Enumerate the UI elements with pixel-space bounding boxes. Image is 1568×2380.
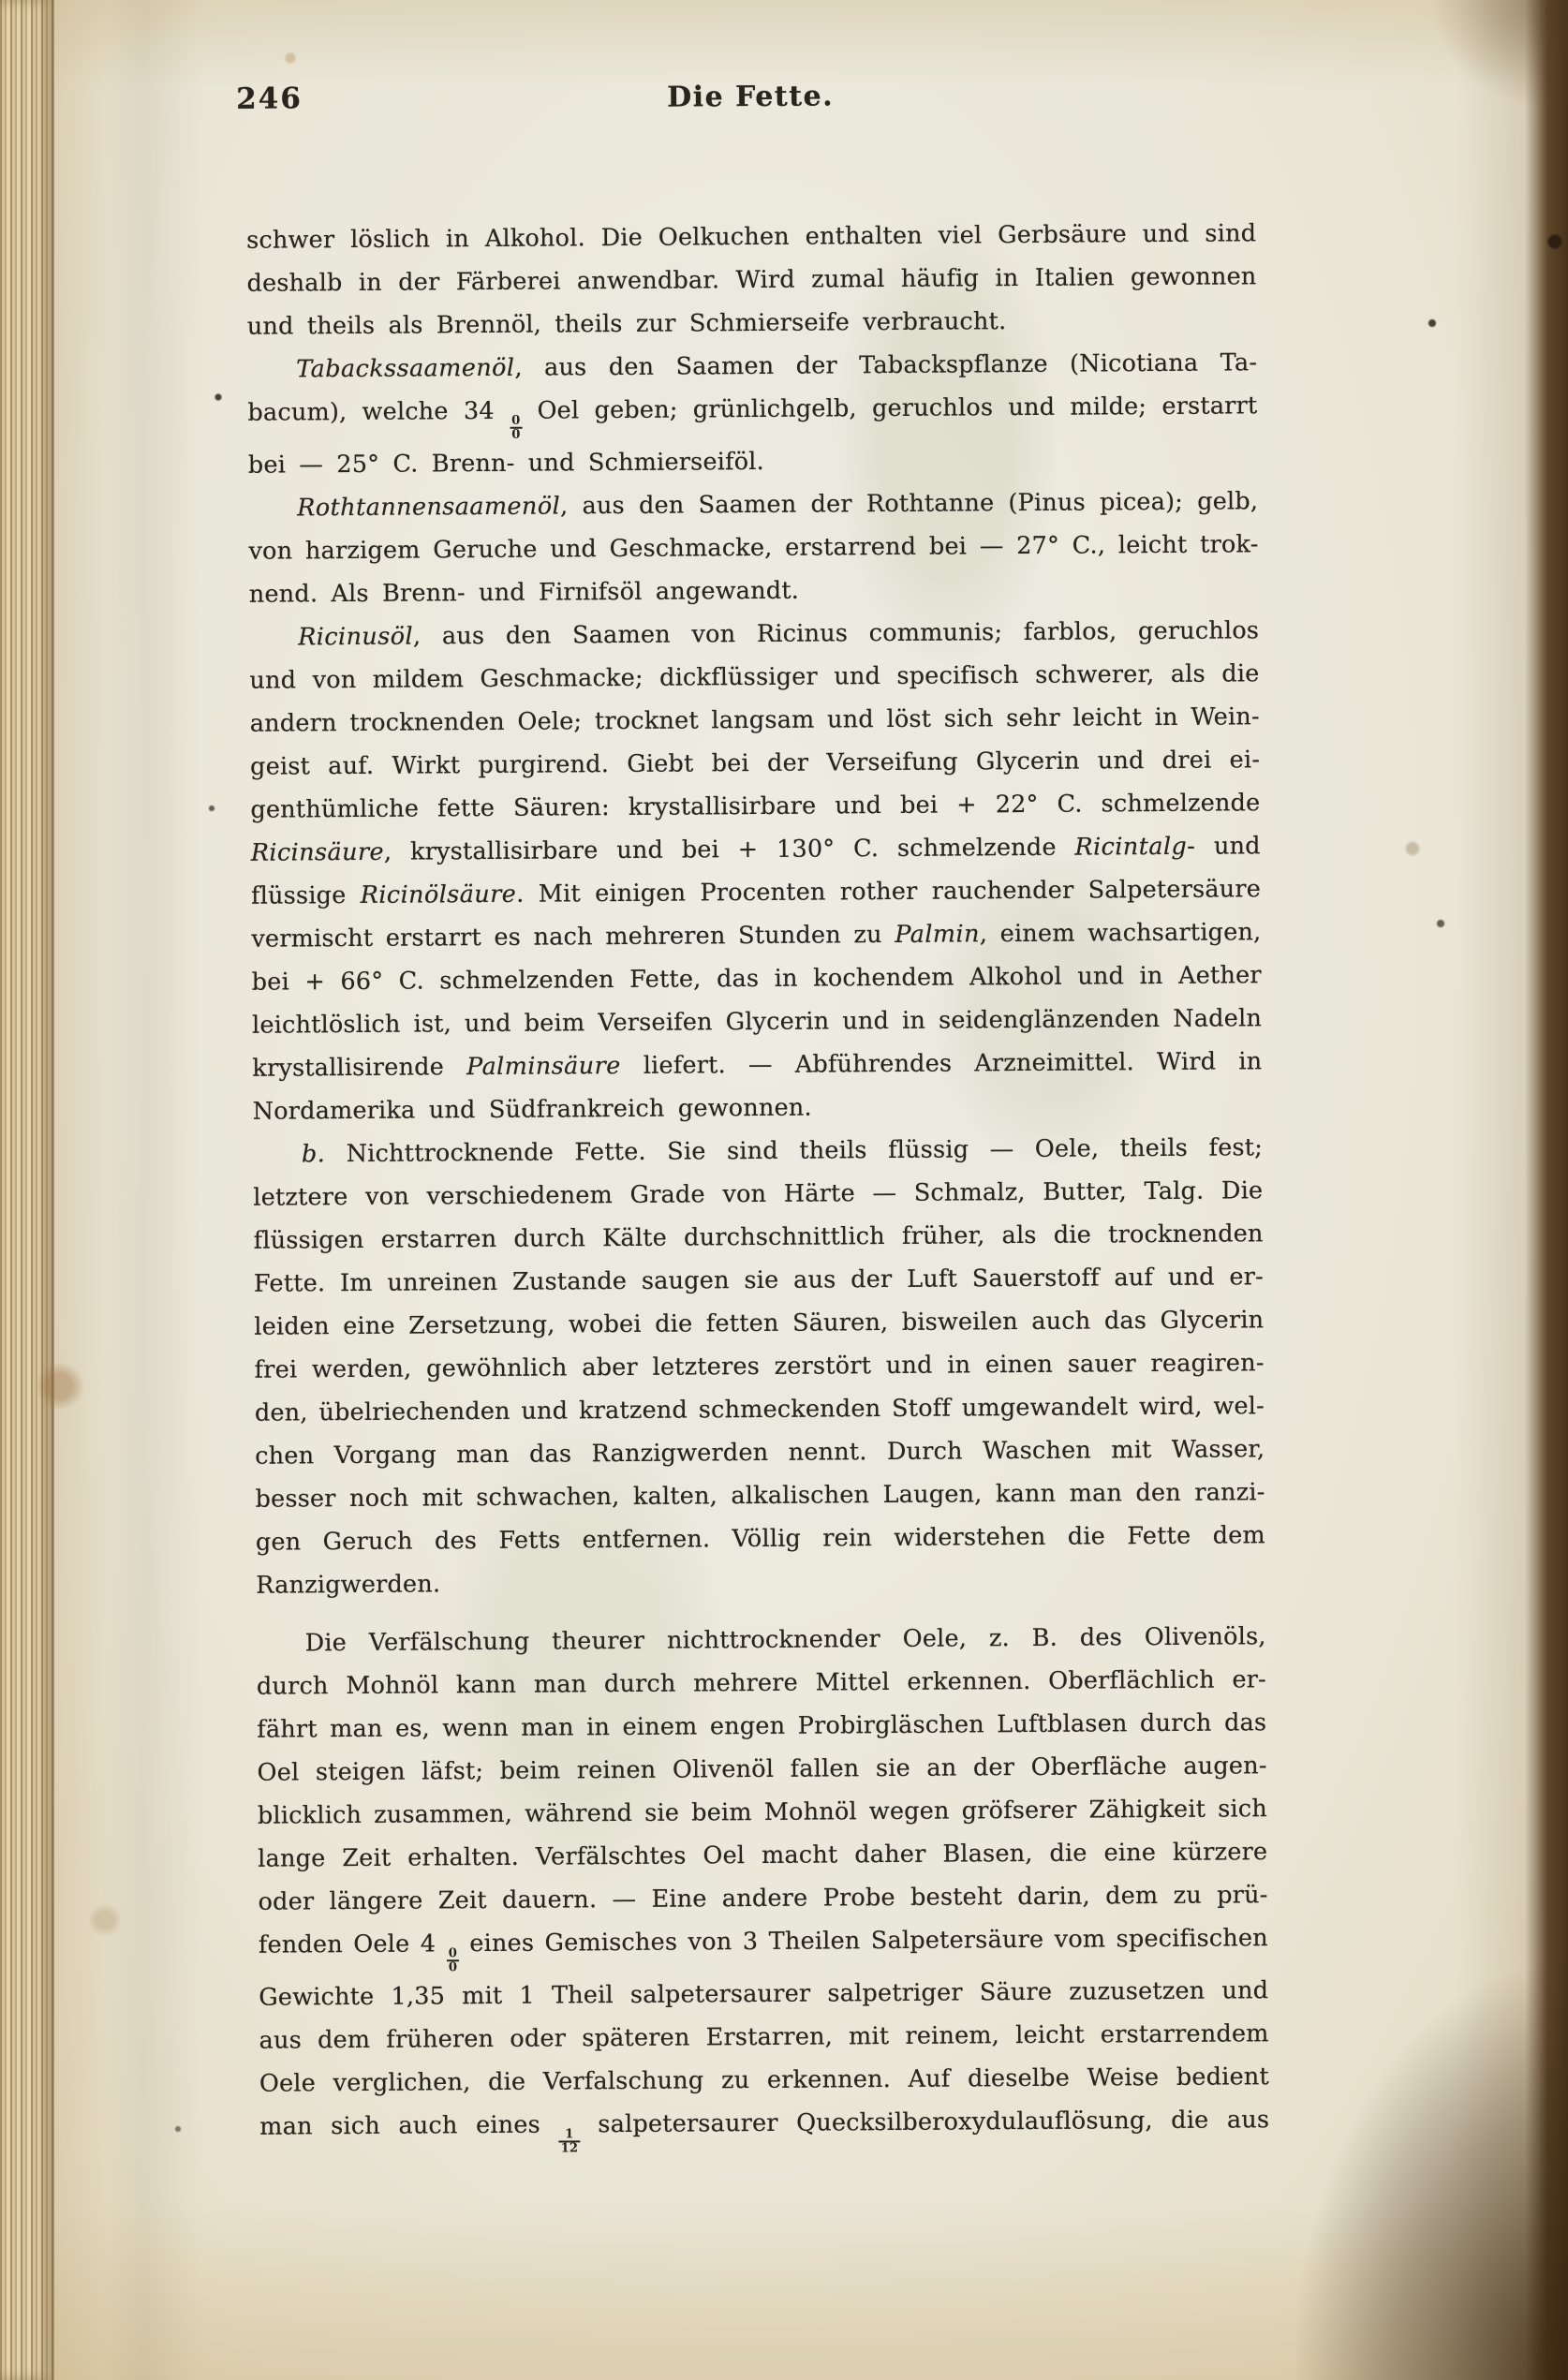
text-line: Oel steigen läfst; beim reinen Olivenöl … xyxy=(257,1744,1266,1795)
text-line: chen Vorgang man das Ranzigwerden nennt.… xyxy=(255,1427,1265,1478)
stacked-fraction: 00 xyxy=(510,415,522,442)
paragraph: Ricinusöl, aus den Saamen von Ricinus co… xyxy=(249,609,1263,1133)
text-line: nend. Als Brenn- und Firnifsöl angewandt… xyxy=(249,566,1259,616)
paragraph: Die Verfälschung theurer nichttrocknende… xyxy=(256,1615,1269,2157)
text-line: flüssige Ricinölsäure. Mit einigen Proce… xyxy=(251,867,1261,918)
stacked-fraction: 00 xyxy=(447,1947,459,1974)
book-binding-left xyxy=(0,0,54,2380)
running-title: Die Fette. xyxy=(245,77,1255,117)
book-page-scan: 246 Die Fette. schwer löslich in Alkohol… xyxy=(0,0,1568,2380)
text-line: letztere von verschiedenem Grade von Här… xyxy=(253,1169,1263,1220)
text-line: bei + 66° C. schmelzenden Fette, das in … xyxy=(252,953,1262,1004)
page-edge-right xyxy=(1525,0,1568,2380)
text-line: fährt man es, wenn man in einem engen Pr… xyxy=(257,1701,1266,1752)
text-line: Fette. Im unreinen Zustande saugen sie a… xyxy=(254,1255,1264,1306)
paragraph: b. Nichttrocknende Fette. Sie sind theil… xyxy=(253,1126,1266,1607)
text-line: lange Zeit erhalten. Verfälschtes Oel ma… xyxy=(258,1830,1267,1881)
text-line: bacum), welche 34 00 Oel geben; grünlich… xyxy=(247,384,1257,444)
text-line: von harzigem Geruche und Geschmacke, ers… xyxy=(248,523,1258,573)
text-line: und theils als Brennöl, theils zur Schmi… xyxy=(247,298,1257,348)
text-line: blicklich zusammen, während sie beim Moh… xyxy=(258,1787,1267,1838)
text-line: Ricinsäure, krystallisirbare und bei + 1… xyxy=(251,824,1261,875)
text-line: genthümliche fette Säuren: krystallisirb… xyxy=(250,781,1260,832)
text-block: 246 Die Fette. schwer löslich in Alkohol… xyxy=(245,75,1269,2157)
text-line: Die Verfälschung theurer nichttrocknende… xyxy=(256,1615,1265,1665)
text-line: fenden Oele 4 00 eines Gemisches von 3 T… xyxy=(259,1916,1268,1976)
text-line: Ricinusöl, aus den Saamen von Ricinus co… xyxy=(249,609,1259,659)
text-line: vermischt erstarrt es nach mehreren Stun… xyxy=(251,910,1261,961)
text-line: flüssigen erstarren durch Kälte durchsch… xyxy=(253,1212,1263,1263)
text-line: durch Mohnöl kann man durch mehrere Mitt… xyxy=(257,1658,1266,1708)
paragraph: Rothtannensaamenöl, aus den Saamen der R… xyxy=(248,480,1259,616)
text-line: aus dem früheren oder späteren Erstarren… xyxy=(259,2012,1268,2062)
body-paragraphs: schwer löslich in Alkohol. Die Oelkuchen… xyxy=(246,212,1269,2157)
page-header: 246 Die Fette. xyxy=(245,75,1255,126)
text-line: gen Geruch des Fetts entfernen. Völlig r… xyxy=(256,1514,1265,1564)
text-line: leiden eine Zersetzung, wobei die fetten… xyxy=(254,1298,1264,1349)
text-line: man sich auch eines 112 salpetersaurer Q… xyxy=(259,2098,1269,2158)
paragraph: Tabackssaamenöl, aus den Saamen der Taba… xyxy=(247,341,1258,487)
text-line: Tabackssaamenöl, aus den Saamen der Taba… xyxy=(247,341,1257,392)
text-line: leichtlöslich ist, und beim Verseifen Gl… xyxy=(252,997,1262,1047)
stacked-fraction: 112 xyxy=(558,2128,580,2155)
text-line: geist auf. Wirkt purgirend. Giebt bei de… xyxy=(250,738,1260,789)
text-line: Rothtannensaamenöl, aus den Saamen der R… xyxy=(248,480,1258,530)
text-line: b. Nichttrocknende Fette. Sie sind theil… xyxy=(253,1126,1263,1176)
text-line: und von mildem Geschmacke; dickflüssiger… xyxy=(249,652,1259,702)
text-line: besser noch mit schwachen, kalten, alkal… xyxy=(255,1471,1265,1521)
text-line: bei — 25° C. Brenn- und Schmierseiföl. xyxy=(248,436,1258,487)
text-line: Ranzigwerden. xyxy=(256,1557,1265,1607)
text-line: schwer löslich in Alkohol. Die Oelkuchen… xyxy=(246,212,1256,262)
text-line: krystallisirende Palminsäure liefert. — … xyxy=(252,1040,1262,1090)
text-line: deshalb in der Färberei anwendbar. Wird … xyxy=(246,255,1256,305)
paragraph: schwer löslich in Alkohol. Die Oelkuchen… xyxy=(246,212,1257,348)
text-line: andern trocknenden Oele; trocknet langsa… xyxy=(250,695,1260,746)
text-line: Gewichte 1,35 mit 1 Theil salpetersaurer… xyxy=(259,1969,1268,2019)
text-line: Oele verglichen, die Verfalschung zu erk… xyxy=(259,2055,1269,2106)
text-line: Nordamerika und Südfrankreich gewonnen. xyxy=(253,1083,1263,1133)
text-line: den, übelriechenden und kratzend schmeck… xyxy=(255,1384,1265,1435)
text-line: frei werden, gewöhnlich aber letzteres z… xyxy=(254,1341,1264,1392)
text-line: oder längere Zeit dauern. — Eine andere … xyxy=(258,1873,1267,1924)
